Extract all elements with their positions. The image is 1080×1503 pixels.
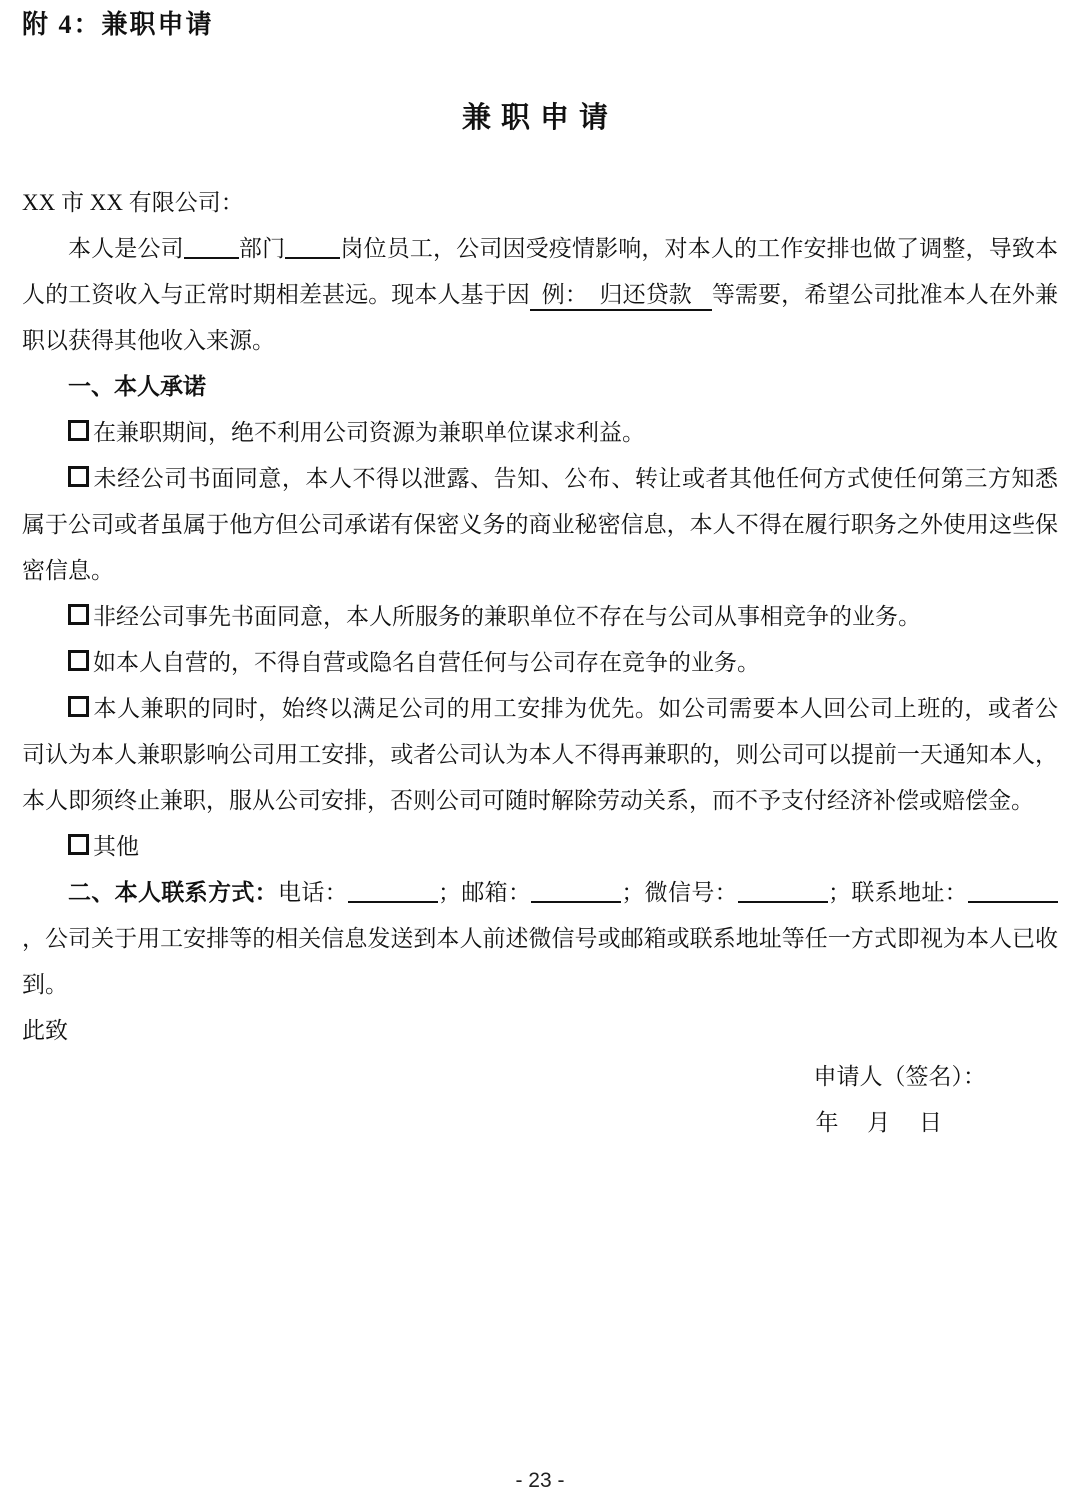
section2-heading: 二、本人联系方式： [68, 880, 278, 905]
address-label: ；联系地址： [828, 880, 968, 905]
checkbox-icon[interactable] [68, 466, 89, 487]
checkbox-icon[interactable] [68, 834, 89, 855]
section1-heading: 一、本人承诺 [22, 364, 1058, 410]
wechat-label: ；微信号： [621, 880, 738, 905]
checkbox-icon[interactable] [68, 604, 89, 625]
commitment-text: 本人兼职的同时，始终以满足公司的用工安排为优先。如公司需要本人回公司上班的，或者… [22, 696, 1058, 813]
commitment-text: 如本人自营的，不得自营或隐名自营任何与公司存在竞争的业务。 [93, 650, 760, 675]
address-blank[interactable] [968, 881, 1058, 903]
commitment-item: 其他 [22, 824, 1058, 870]
commitment-item: 如本人自营的，不得自营或隐名自营任何与公司存在竞争的业务。 [22, 640, 1058, 686]
commitment-item: 在兼职期间，绝不利用公司资源为兼职单位谋求利益。 [22, 410, 1058, 456]
intro-text-2: 部门 [239, 236, 285, 261]
commitment-item: 未经公司书面同意，本人不得以泄露、告知、公布、转让或者其他任何方式使任何第三方知… [22, 456, 1058, 594]
intro-paragraph: 本人是公司部门岗位员工，公司因受疫情影响，对本人的工作安排也做了调整，导致本人的… [22, 226, 1058, 364]
checkbox-icon[interactable] [68, 420, 89, 441]
email-label: ；邮箱： [438, 880, 531, 905]
reason-example-underlined[interactable]: 例： 归还贷款 [530, 282, 712, 311]
closing-phrase: 此致 [22, 1008, 1058, 1054]
page-number: - 23 - [0, 1469, 1080, 1493]
signature-label: 申请人（签名）： [22, 1054, 1058, 1100]
checkbox-icon[interactable] [68, 696, 89, 717]
commitment-text: 其他 [93, 834, 139, 859]
commitment-item: 本人兼职的同时，始终以满足公司的用工安排为优先。如公司需要本人回公司上班的，或者… [22, 686, 1058, 824]
document-title: 兼职申请 [22, 98, 1058, 138]
department-blank[interactable] [184, 237, 239, 259]
commitment-item: 非经公司事先书面同意，本人所服务的兼职单位不存在与公司从事相竞争的业务。 [22, 594, 1058, 640]
position-blank[interactable] [285, 237, 340, 259]
contact-tail: ， [22, 926, 45, 951]
intro-text-1: 本人是公司 [68, 236, 184, 261]
checkbox-icon[interactable] [68, 650, 89, 671]
document-body: XX 市 XX 有限公司： 本人是公司部门岗位员工，公司因受疫情影响，对本人的工… [22, 180, 1058, 1146]
document-page: 附 4：兼职申请 兼职申请 XX 市 XX 有限公司： 本人是公司部门岗位员工，… [0, 0, 1080, 1503]
contact-paragraph: 二、本人联系方式：电话：；邮箱：；微信号：；联系地址：，公司关于用工安排等的相关… [22, 870, 1058, 1008]
email-blank[interactable] [531, 881, 621, 903]
commitment-text: 在兼职期间，绝不利用公司资源为兼职单位谋求利益。 [93, 420, 645, 445]
salutation: XX 市 XX 有限公司： [22, 180, 1058, 226]
commitment-text: 未经公司书面同意，本人不得以泄露、告知、公布、转让或者其他任何方式使任何第三方知… [22, 466, 1058, 583]
phone-blank[interactable] [348, 881, 438, 903]
date-line: 年 月 日 [22, 1100, 1058, 1146]
attachment-label: 附 4：兼职申请 [22, 6, 1058, 44]
contact-continuation: 公司关于用工安排等的相关信息发送到本人前述微信号或邮箱或联系地址等任一方式即视为… [22, 926, 1058, 997]
commitment-text: 非经公司事先书面同意，本人所服务的兼职单位不存在与公司从事相竞争的业务。 [93, 604, 921, 629]
phone-label: 电话： [278, 880, 348, 905]
wechat-blank[interactable] [738, 881, 828, 903]
